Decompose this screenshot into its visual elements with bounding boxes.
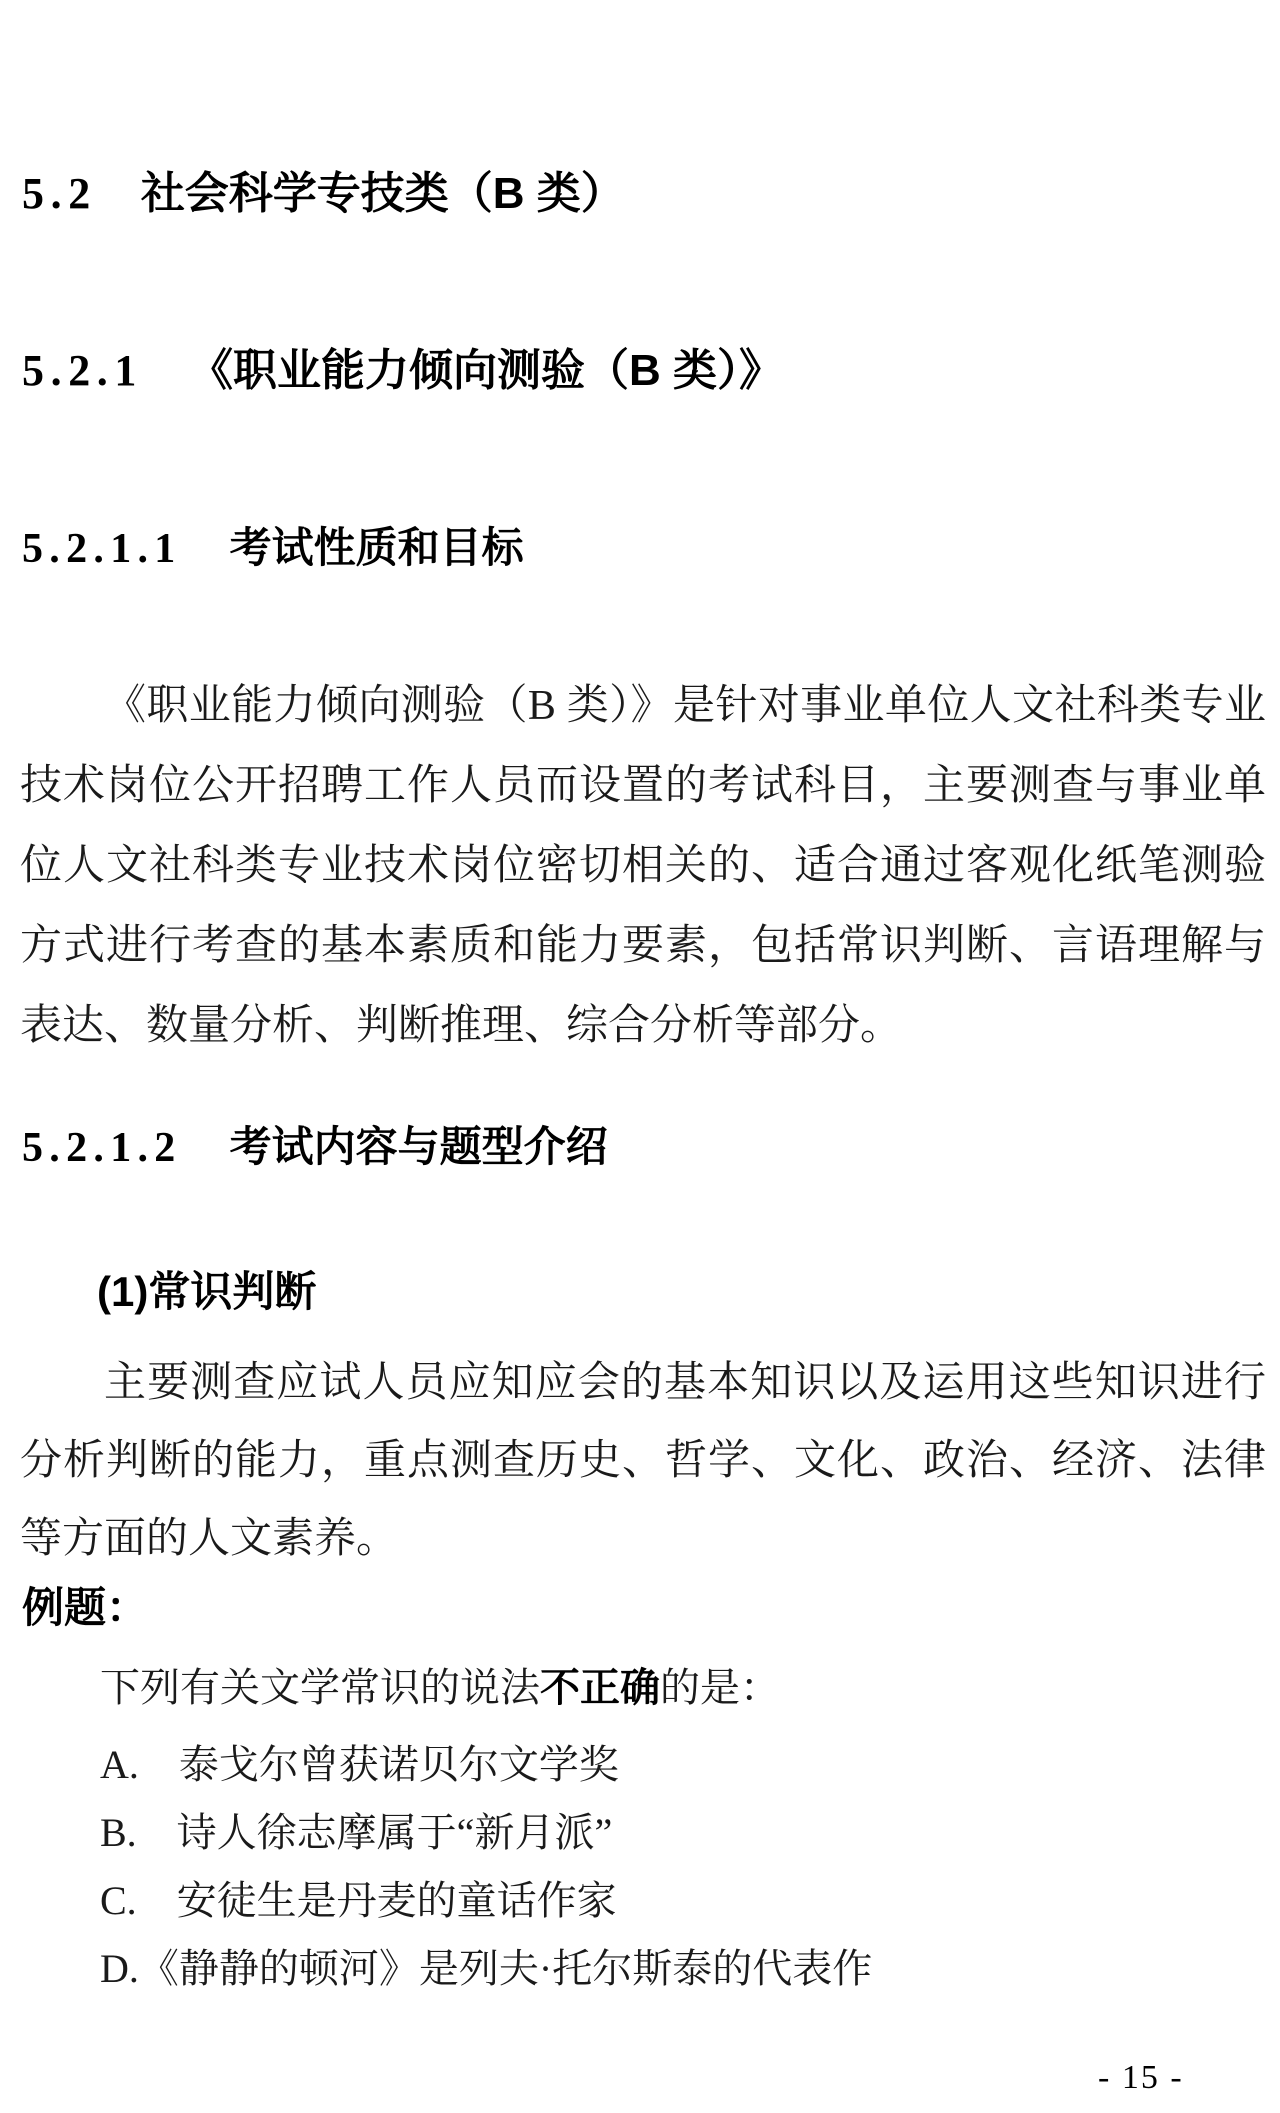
section-heading-5-2-1-1: 5.2.1.1考试性质和目标: [22, 527, 524, 570]
section-number: 5.2.1: [22, 346, 143, 395]
option-a: A. 泰戈尔曾获诺贝尔文学奖: [100, 1731, 872, 1799]
section-heading-5-2-1: 5.2.1《职业能力倾向测验（B 类）》: [22, 349, 783, 393]
option-b: B. 诗人徐志摩属于“新月派”: [100, 1799, 872, 1867]
document-page: 5.2社会科学专技类（B 类） 5.2.1《职业能力倾向测验（B 类）》 5.2…: [0, 0, 1280, 2113]
page-number: - 15 -: [1098, 2060, 1184, 2096]
exam-nature-paragraph: 《职业能力倾向测验（B 类）》是针对事业单位人文社科类专业技术岗位公开招聘工作人…: [20, 666, 1266, 1066]
question-emphasis: 不正确: [540, 1666, 660, 1710]
section-title: 考试性质和目标: [230, 524, 524, 571]
question-text: 下列有关文学常识的说法: [100, 1665, 540, 1710]
option-d: D.《静静的顿河》是列夫·托尔斯泰的代表作: [100, 1935, 872, 2003]
option-label: D.: [100, 1946, 139, 1991]
option-text: 诗人徐志摩属于“新月派”: [137, 1810, 613, 1855]
option-text: 安徒生是丹麦的童话作家: [137, 1878, 617, 1923]
option-text: 泰戈尔曾获诺贝尔文学奖: [139, 1742, 619, 1787]
section-number: 5.2.1.2: [22, 1125, 182, 1171]
subsection-changshi-panduan: (1)常识判断: [97, 1270, 316, 1314]
changshi-description-paragraph: 主要测查应试人员应知应会的基本知识以及运用这些知识进行分析判断的能力，重点测查历…: [20, 1344, 1266, 1578]
question-text: 的是：: [660, 1665, 780, 1710]
example-label: 例题：: [22, 1586, 148, 1630]
option-c: C. 安徒生是丹麦的童话作家: [100, 1867, 872, 1935]
option-label: A.: [100, 1742, 139, 1787]
section-heading-5-2: 5.2社会科学专技类（B 类）: [22, 172, 625, 216]
option-list: A. 泰戈尔曾获诺贝尔文学奖 B. 诗人徐志摩属于“新月派” C. 安徒生是丹麦…: [100, 1731, 872, 2003]
section-title: 社会科学专技类（B 类）: [141, 169, 625, 218]
section-title: 考试内容与题型介绍: [230, 1123, 608, 1170]
section-title: 《职业能力倾向测验（B 类）》: [189, 346, 783, 395]
option-label: C.: [100, 1878, 137, 1923]
option-text: 《静静的顿河》是列夫·托尔斯泰的代表作: [139, 1946, 872, 1991]
section-number: 5.2.1.1: [22, 526, 182, 572]
option-label: B.: [100, 1810, 137, 1855]
section-number: 5.2: [22, 169, 97, 218]
section-heading-5-2-1-2: 5.2.1.2考试内容与题型介绍: [22, 1126, 608, 1169]
example-question: 下列有关文学常识的说法不正确的是：: [100, 1666, 780, 1710]
